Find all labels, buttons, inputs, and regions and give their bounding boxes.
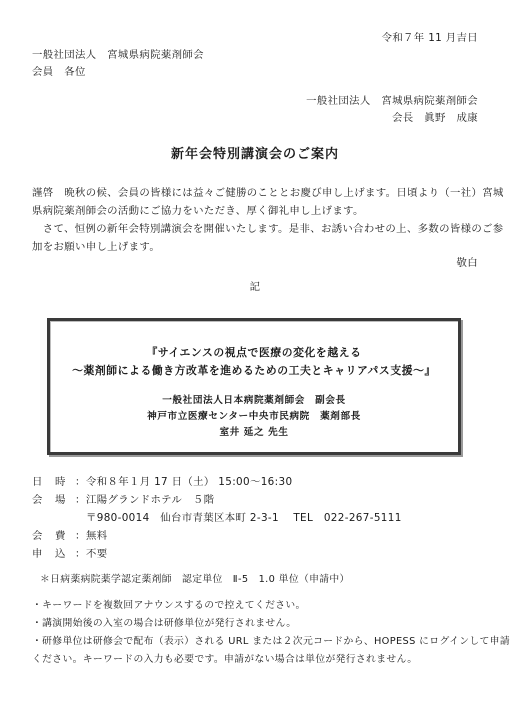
speaker-affiliation-1: 一般社団法人日本病院薬剤師会 副会長 — [50, 394, 458, 408]
sender-organization: 一般社団法人 宮城県病院薬剤師会 — [306, 94, 478, 108]
label-char: 時 — [55, 475, 66, 489]
credit-note: ＊日病薬病院薬学認定薬剤師 認定単位 Ⅱ-5 1.0 単位（申請中） — [40, 573, 350, 587]
note-item: ・講演開始後の入室の場合は研修単位が発行されません。 — [32, 617, 296, 631]
detail-value-venue: 江陽グランドホテル ５階 — [86, 493, 214, 507]
lecture-title-line1: 『サイエンスの視点で医療の変化を越える — [50, 346, 458, 360]
speaker-affiliation-2: 神戸市立医療センター中央市民病院 薬剤部長 — [50, 410, 458, 424]
label-char: 日 — [32, 475, 43, 489]
note-item: ・研修単位は研修会で配布（表示）される URL または２次元コードから、HOPE… — [32, 635, 510, 649]
detail-value-datetime: 令和８年１月 17 日（土） 15:00～16:30 — [86, 475, 292, 489]
ki-heading: 記 — [0, 280, 510, 294]
label-char: 費 — [55, 529, 66, 543]
label-char: 会 — [32, 493, 43, 507]
sender-name: 会長 眞野 成康 — [392, 111, 478, 125]
lecture-title-line2: ～薬剤師による働き方改革を進めるための工夫とキャリアパス支援～』 — [50, 364, 458, 378]
label-char: 場 — [55, 493, 66, 507]
label-colon: ： — [75, 529, 86, 543]
closing-keihaku: 敬白 — [457, 256, 478, 270]
label-char: 込 — [55, 547, 66, 561]
body-line: 謹啓 晩秋の候、会員の皆様には益々ご健勝のこととお慶び申し上げます。日頃より（一… — [32, 186, 504, 200]
lecture-info-box: 『サイエンスの視点で医療の変化を越える ～薬剤師による働き方改革を進めるための工… — [47, 318, 461, 455]
document-date: 令和７年 11 月吉日 — [382, 31, 478, 45]
label-colon: ： — [75, 493, 86, 507]
speaker-name: 室井 延之 先生 — [50, 426, 458, 440]
label-char: 会 — [32, 529, 43, 543]
body-line: 加をお願い申し上げます。 — [32, 240, 160, 254]
note-item: ・キーワードを複数回アナウンスするので控えてください。 — [32, 599, 306, 613]
label-colon: ： — [75, 475, 86, 489]
body-line: 県病院薬剤師会の活動にご協力をいただき、厚く御礼申し上げます。 — [32, 204, 364, 218]
note-item: ください。キーワードの入力も必要です。申請がない場合は単位が発行されません。 — [32, 653, 417, 667]
detail-value-fee: 無料 — [86, 529, 107, 543]
label-colon: ： — [75, 547, 86, 561]
recipient: 会員 各位 — [32, 65, 86, 79]
detail-value-address: 〒980-0014 仙台市青葉区本町 2-3-1 TEL 022-267-511… — [86, 511, 402, 525]
body-line: さて、恒例の新年会特別講演会を開催いたします。是非、お誘い合わせの上、多数の皆様… — [32, 222, 504, 236]
document-title: 新年会特別講演会のご案内 — [0, 146, 510, 164]
recipient-organization: 一般社団法人 宮城県病院薬剤師会 — [32, 48, 204, 62]
label-char: 申 — [32, 547, 43, 561]
detail-value-application: 不要 — [86, 547, 107, 561]
